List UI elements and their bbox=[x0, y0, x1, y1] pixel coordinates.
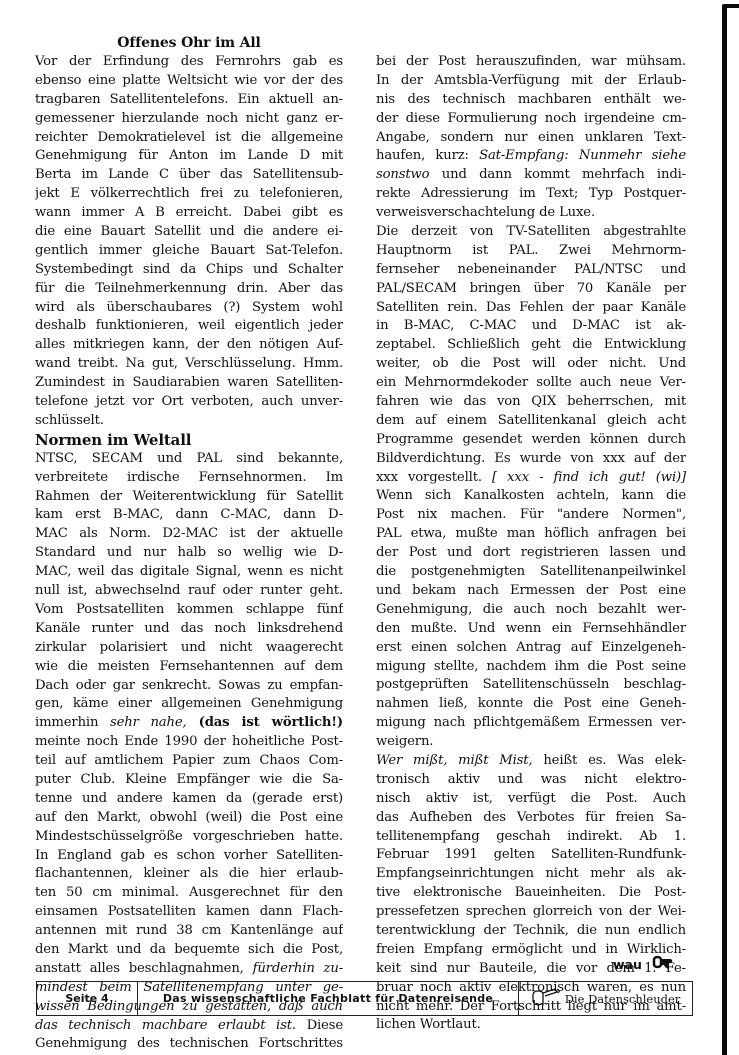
text-line: Berta im Lande C über das Satellitensub- bbox=[35, 166, 343, 185]
text-line: nis des technisch machbaren enthält we- bbox=[376, 91, 686, 110]
footer-logo: Die Datenschleuder bbox=[519, 982, 692, 1015]
text-line: flachantennen, kleiner als die hier erla… bbox=[35, 865, 343, 884]
text-line: Bildverdichtung. Es wurde von xxx auf de… bbox=[376, 450, 686, 469]
text-line: zeptabel. Schließlich geht die Entwicklu… bbox=[376, 336, 686, 355]
right-paragraph-1: bei der Post herauszufinden, war mühsam.… bbox=[376, 53, 686, 147]
text-line: weigern. bbox=[376, 733, 686, 752]
text-line: die postgenehmigten Satellitenanpeilwink… bbox=[376, 563, 686, 582]
text-line: gemessener hierzulande noch nicht ganz e… bbox=[35, 110, 343, 129]
text-line: fahren wie das von QIX beherrschen, mit bbox=[376, 393, 686, 412]
text-line: NTSC, SECAM und PAL sind bekannte, bbox=[35, 450, 343, 469]
text-line: Genehmigung des technischen Fortschritte… bbox=[35, 1035, 343, 1054]
section-heading: Normen im Weltall bbox=[35, 431, 343, 450]
text-line: dem auf einem Satellitenkanal gleich ach… bbox=[376, 412, 686, 431]
text-line: telefone jetzt vor Ort verboten, auch un… bbox=[35, 393, 343, 412]
text-line: Programme gesendet werden können durch bbox=[376, 431, 686, 450]
text-line: Satelliten rein. Das Fehlen der paar Kan… bbox=[376, 299, 686, 318]
text-line: meinte noch Ende 1990 der hoheitliche Po… bbox=[35, 733, 343, 752]
text-line: gentlich immer gleiche Bauart Sat-Telefo… bbox=[35, 242, 343, 261]
text-line: deshalb funktionieren, weil eigentlich j… bbox=[35, 317, 343, 336]
text-line: tragbaren Satellitentelefons. Ein aktuel… bbox=[35, 91, 343, 110]
right-paragraph-3: Wenn sich Kanalkosten achteln, kann dieP… bbox=[376, 487, 686, 751]
text-line: Systembedingt sind da Chips und Schalter bbox=[35, 261, 343, 280]
text-line: und bekam nach Ermessen der Post eine bbox=[376, 582, 686, 601]
text-line: einsamen Postsatelliten kamen dann Flach… bbox=[35, 903, 343, 922]
text-line: für die Teilnehmerkennung drin. Aber das bbox=[35, 280, 343, 299]
text-line: den Markt und da bequemte sich die Post, bbox=[35, 941, 343, 960]
text-line: Wer mißt, mißt Mist, heißt es. Was elek- bbox=[376, 752, 686, 771]
text-line: Angabe, sondern nur einen unklaren Text- bbox=[376, 129, 686, 148]
text-line: auf den Markt, obwohl (weil) die Post ei… bbox=[35, 809, 343, 828]
text-line: Vor der Erfindung des Fernrohrs gab es bbox=[35, 53, 343, 72]
sledge-logo-icon bbox=[531, 987, 561, 1010]
text-line: ebenso eine platte Weltsicht wie vor der… bbox=[35, 72, 343, 91]
text-line: das Aufheben des Verbotes für freien Sa- bbox=[376, 809, 686, 828]
text-line: der Post und dort registrieren lassen un… bbox=[376, 544, 686, 563]
text-line: wand treibt. Na gut, Verschlüsselung. Hm… bbox=[35, 355, 343, 374]
text-line: terentwicklung der Technik, die nun endl… bbox=[376, 922, 686, 941]
text-line: nisch aktiv ist, verfügt die Post. Auch bbox=[376, 790, 686, 809]
text-line: migung nach pflichtgemäßem Ermessen ver- bbox=[376, 714, 686, 733]
left-paragraph-3: meinte noch Ende 1990 der hoheitliche Po… bbox=[35, 733, 343, 960]
text-line: alles mitkriegen kann, der den nötigen A… bbox=[35, 336, 343, 355]
page-footer: Seite 4 Das wissenschaftliche Fachblatt … bbox=[36, 981, 693, 1016]
page-number: Seite 4 bbox=[37, 982, 138, 1015]
text-line: tellitenempfang geschah indirekt. Ab 1. bbox=[376, 828, 686, 847]
text-line: verweisverschachtelung de Luxe. bbox=[376, 204, 686, 223]
page-edge-bar bbox=[722, 6, 727, 1055]
text-line: Zumindest in Saudiarabien waren Satellit… bbox=[35, 374, 343, 393]
text-line: lichen Wortlaut. bbox=[376, 1016, 686, 1035]
text-line: in B-MAC, C-MAC und D-MAC ist ak- bbox=[376, 317, 686, 336]
text-line: immerhin sehr nahe, (das ist wörtlich!) bbox=[35, 714, 343, 733]
text-line: Empfangseinrichtungen nicht mehr als ak- bbox=[376, 865, 686, 884]
text-line: bei der Post herauszufinden, war mühsam. bbox=[376, 53, 686, 72]
text-line: schlüsselt. bbox=[35, 412, 343, 431]
text-line: Mindestschüsselgröße vorgeschrieben hatt… bbox=[35, 828, 343, 847]
left-paragraph-1: Vor der Erfindung des Fernrohrs gab eseb… bbox=[35, 53, 343, 431]
right-paragraph-2: rekte Adressierung im Text; Typ Postquer… bbox=[376, 185, 686, 468]
text-line: Standard und nur halb so wellig wie D- bbox=[35, 544, 343, 563]
text-line: sonstwo und dann kommt mehrfach indi- bbox=[376, 166, 686, 185]
left-paragraph-2: NTSC, SECAM und PAL sind bekannte,verbre… bbox=[35, 450, 343, 714]
text-line: teil auf amtlichem Papier zum Chaos Com- bbox=[35, 752, 343, 771]
left-column: Offenes Ohr im All Vor der Erfindung des… bbox=[35, 34, 343, 1054]
hand-pointer-icon bbox=[652, 955, 674, 974]
text-line: MAC als Norm. D2-MAC ist der aktuelle bbox=[35, 525, 343, 544]
text-line: antennen mit rund 38 cm Kantenlänge auf bbox=[35, 922, 343, 941]
signature-text: wau bbox=[613, 957, 642, 972]
author-signature: wau bbox=[613, 955, 674, 974]
text-line: haufen, kurz: Sat-Empfang: Nunmehr siehe bbox=[376, 147, 686, 166]
text-line: wann immer A B erreicht. Dabei gibt es bbox=[35, 204, 343, 223]
text-line: Kanäle runter und das noch linksdrehend bbox=[35, 620, 343, 639]
text-line: tronisch aktiv und was nicht elektro- bbox=[376, 771, 686, 790]
text-line: xxx vorgestellt. [ xxx - find ich gut! (… bbox=[376, 469, 686, 488]
text-line: Dach oder gar senkrecht. Sowas zu empfan… bbox=[35, 677, 343, 696]
text-line: rekte Adressierung im Text; Typ Postquer… bbox=[376, 185, 686, 204]
text-line: wird als überschaubares (?) System wohl bbox=[35, 299, 343, 318]
article-title: Offenes Ohr im All bbox=[35, 34, 343, 53]
text-line: PAL etwa, mußte man höflich anfragen bei bbox=[376, 525, 686, 544]
text-line: der diese Formulierung noch irgendeine c… bbox=[376, 110, 686, 129]
text-line: nahmen ließ, konnte die Post eine Geneh- bbox=[376, 695, 686, 714]
text-line: wie die meisten Fernsehantennen auf dem bbox=[35, 658, 343, 677]
text-line: Wenn sich Kanalkosten achteln, kann die bbox=[376, 487, 686, 506]
text-line: null ist, abwechselnd rauf oder runter g… bbox=[35, 582, 343, 601]
text-line: anstatt alles beschlagnahmen, fürderhin … bbox=[35, 960, 343, 979]
text-line: den mußte. Und wenn ein Fernsehhändler bbox=[376, 620, 686, 639]
text-line: Rahmen der Weiterentwicklung für Satelli… bbox=[35, 488, 343, 507]
text-line: puter Club. Kleine Empfänger wie die Sa- bbox=[35, 771, 343, 790]
footer-slogan: Das wissenschaftliche Fachblatt für Date… bbox=[138, 982, 519, 1015]
text-line: gen, käme einer allgemeinen Genehmigung bbox=[35, 695, 343, 714]
text-line: Genehmigung, die auch noch bezahlt wer- bbox=[376, 601, 686, 620]
text-line: fernseher nebeneinander PAL/NTSC und bbox=[376, 261, 686, 280]
text-line: Februar 1991 gelten Satelliten-Rundfunk- bbox=[376, 846, 686, 865]
text-line: die eine Bauart Satellit und die andere … bbox=[35, 223, 343, 242]
text-line: verbreitete irdische Fernsehnormen. Im bbox=[35, 469, 343, 488]
text-line: pressefetzen sprechen glorreich von der … bbox=[376, 903, 686, 922]
text-line: Genehmigung für Anton im Lande D mit bbox=[35, 147, 343, 166]
text-line: Vom Postsatelliten kommen schlappe fünf bbox=[35, 601, 343, 620]
text-line: In der Amtsbla-Verfügung mit der Erlaub- bbox=[376, 72, 686, 91]
text-line: migung stellte, nachdem ihm die Post sei… bbox=[376, 658, 686, 677]
text-line: weiter, ob die Post will oder nicht. Und bbox=[376, 355, 686, 374]
logo-text: Die Datenschleuder bbox=[565, 992, 681, 1006]
text-line: ten 50 cm minimal. Ausgerechnet für den bbox=[35, 884, 343, 903]
text-line: MAC, weil das digitale Signal, wenn es n… bbox=[35, 563, 343, 582]
text-line: tenne und andere kamen da (gerade erst) bbox=[35, 790, 343, 809]
text-line: zirkular polarisiert und nicht waagerech… bbox=[35, 639, 343, 658]
text-line: Hauptnorm ist PAL. Zwei Mehrnorm- bbox=[376, 242, 686, 261]
text-line: jekt E völkerrechtlich frei zu telefonie… bbox=[35, 185, 343, 204]
text-line: erst einen solchen Antrag auf Einzelgene… bbox=[376, 639, 686, 658]
text-line: ein Mehrnormdekoder sollte auch neue Ver… bbox=[376, 374, 686, 393]
text-line: In England gab es schon vorher Satellite… bbox=[35, 847, 343, 866]
text-line: postgeprüften Satellitenschüsseln beschl… bbox=[376, 676, 686, 695]
text-line: Post nix machen. Für "andere Normen", bbox=[376, 506, 686, 525]
text-line: tive elektronische Baueinheiten. Die Pos… bbox=[376, 884, 686, 903]
text-line: kam erst B-MAC, dann C-MAC, dann D- bbox=[35, 506, 343, 525]
text-line: das technisch machbare erlaubt ist. Dies… bbox=[35, 1017, 343, 1036]
text-line: Die derzeit von TV-Satelliten abgestrahl… bbox=[376, 223, 686, 242]
right-column: bei der Post herauszufinden, war mühsam.… bbox=[376, 53, 686, 1035]
text-line: reichter Demokratielevel ist die allgeme… bbox=[35, 129, 343, 148]
text-line: PAL/SECAM bringen über 70 Kanäle per bbox=[376, 280, 686, 299]
